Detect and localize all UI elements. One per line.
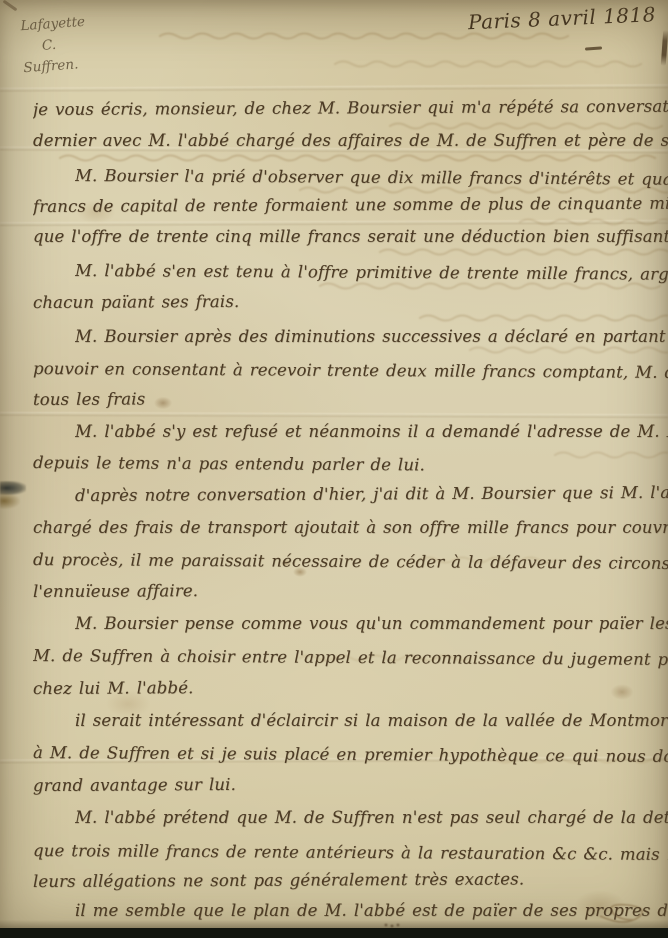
- edge-stain-blemish: [0, 493, 20, 509]
- manuscript-line: chez lui M. l'abbé.: [33, 676, 668, 705]
- manuscript-line: M. l'abbé s'y est refusé et néanmoins il…: [75, 422, 668, 448]
- manuscript-line: dernier avec M. l'abbé chargé des affair…: [33, 131, 668, 157]
- scan-edge-band: [0, 928, 668, 938]
- manuscript-line: M. l'abbé prétend que M. de Suffren n'es…: [75, 808, 668, 834]
- manuscript-line: M. Boursier après des diminutions succes…: [75, 327, 668, 353]
- manuscript-line: à M. de Suffren et si je suis placé en p…: [33, 743, 668, 773]
- letter-body: je vous écris, monsieur, de chez M. Bour…: [0, 0, 668, 938]
- manuscript-line: depuis le tems n'a pas entendu parler de…: [33, 453, 668, 483]
- manuscript-line: chacun païant ses frais.: [33, 290, 668, 319]
- scan-edge-shadow: [0, 920, 668, 928]
- manuscript-line: leurs allégations ne sont pas généraleme…: [33, 869, 668, 898]
- manuscript-line: francs de capital de rente formaient une…: [33, 194, 668, 223]
- manuscript-line: pouvoir en consentant à recevoir trente …: [33, 359, 668, 389]
- manuscript-line: tous les frais: [33, 387, 668, 416]
- manuscript-line: d'après notre conversation d'hier, j'ai …: [75, 483, 668, 512]
- manuscript-line: il serait intéressant d'éclaircir si la …: [75, 711, 668, 737]
- scanned-letter-page: { "document": { "archival_note": { "name…: [0, 0, 668, 938]
- manuscript-line: M. Boursier l'a prié d'observer que dix …: [75, 166, 668, 196]
- manuscript-line: M. Boursier pense comme vous qu'un comma…: [75, 614, 668, 640]
- manuscript-line: M. l'abbé s'en est tenu à l'offre primit…: [75, 261, 668, 291]
- manuscript-line: grand avantage sur lui.: [33, 773, 668, 802]
- manuscript-line: je vous écris, monsieur, de chez M. Bour…: [33, 97, 668, 126]
- manuscript-line: que l'offre de trente cinq mille francs …: [33, 227, 668, 253]
- manuscript-line: l'ennuïeuse affaire.: [33, 579, 668, 608]
- manuscript-line: du procès, il me paraissait nécessaire d…: [33, 550, 668, 580]
- manuscript-line: chargé des frais de transport ajoutait à…: [33, 518, 668, 544]
- manuscript-line: M. de Suffren à choisir entre l'appel et…: [33, 646, 668, 676]
- manuscript-line: que trois mille francs de rente antérieu…: [33, 841, 668, 871]
